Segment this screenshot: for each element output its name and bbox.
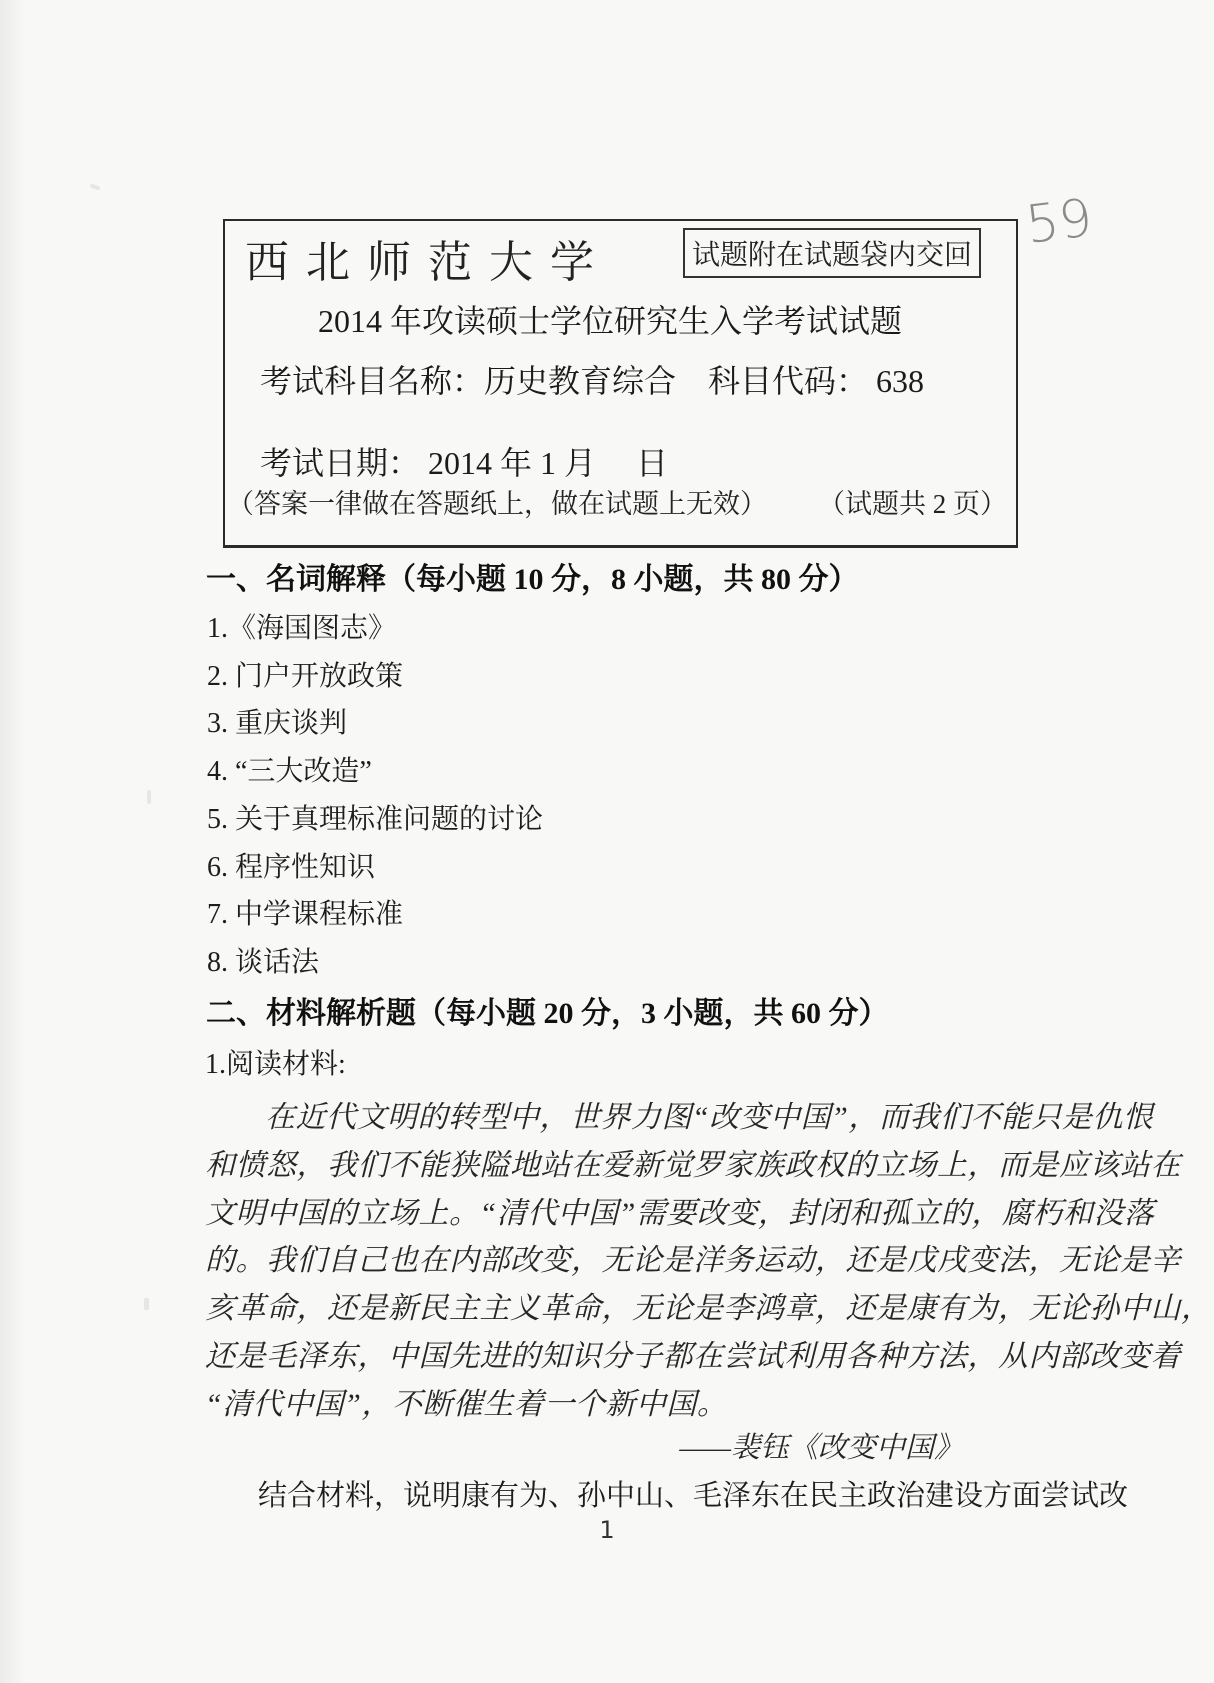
material-text-line: 的。我们自己也在内部改变，无论是洋务运动，还是戊戌变法，无论是辛: [205, 1235, 1015, 1279]
answer-notice: （答案一律做在答题纸上，做在试题上无效）: [227, 482, 767, 521]
material-question: 结合材料，说明康有为、孙中山、毛泽东在民主政治建设方面尝试改: [205, 1473, 1015, 1514]
scan-artifact: [90, 183, 101, 190]
term-item: 3. 重庆谈判: [207, 701, 347, 741]
term-item: 4. “三大改造”: [207, 749, 372, 789]
term-item: 8. 谈话法: [207, 940, 319, 980]
term-item: 5. 关于真理标准问题的讨论: [207, 797, 543, 837]
subject-line: 考试科目名称：历史教育综合 科目代码： 638: [260, 356, 924, 402]
section1-heading: 一、名词解释（每小题 10 分，8 小题，共 80 分）: [206, 554, 859, 598]
scan-artifact: [147, 790, 151, 804]
material-attribution: ——裴钰《改变中国》: [205, 1425, 963, 1466]
scan-artifact: [144, 1298, 149, 1310]
exam-title: 2014 年攻读硕士学位研究生入学考试试题: [318, 296, 902, 342]
material-text-line: 在近代文明的转型中，世界力图“改变中国”，而我们不能只是仇恨: [205, 1092, 1015, 1136]
material-text-line: 还是毛泽东，中国先进的知识分子都在尝试利用各种方法，从内部改变着: [205, 1331, 1015, 1375]
material-text-line: “清代中国”，不断催生着一个新中国。: [205, 1379, 1015, 1423]
handwritten-mark: 59: [1023, 188, 1096, 256]
term-item: 6. 程序性知识: [207, 845, 375, 885]
material-subheading: 1.阅读材料:: [205, 1042, 346, 1082]
term-item: 2. 门户开放政策: [207, 654, 403, 694]
pages-notice: （试题共 2 页）: [818, 482, 1007, 521]
scan-edge-shadow: [0, 0, 26, 1683]
section2-heading: 二、材料解析题（每小题 20 分，3 小题，共 60 分）: [206, 988, 889, 1032]
material-text-line: 和愤怒，我们不能狭隘地站在爱新觉罗家族政权的立场上，而是应该站在: [205, 1140, 1015, 1184]
term-item: 7. 中学课程标准: [207, 892, 403, 932]
material-text-line: 亥革命，还是新民主主义革命，无论是李鸿章，还是康有为，无论孙中山，: [205, 1283, 1015, 1327]
return-notice-box: 试题附在试题袋内交回: [683, 228, 981, 278]
date-line: 考试日期： 2014 年 1 月 日: [260, 438, 668, 484]
material-text-line: 文明中国的立场上。“清代中国”需要改变，封闭和孤立的，腐朽和没落: [205, 1188, 1015, 1232]
page-number: 1: [0, 1516, 1214, 1544]
university-name: 西 北 师 范 大 学: [245, 226, 597, 290]
term-item: 1.《海国图志》: [207, 606, 396, 646]
